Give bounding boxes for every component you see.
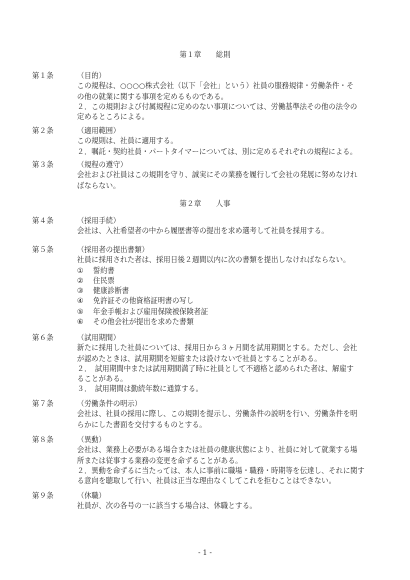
article-label: 第３条 [32, 160, 54, 170]
article-text-line: ２．この規則および付属規程に定めのない事項については、労働基準法その他の法令の [77, 102, 355, 112]
item-text: 誓約書 [93, 266, 115, 275]
article-body: （採用者の提出書類） 社員に採用された者は、採用日後２週間以内に次の書類を提出し… [77, 245, 355, 327]
document-list-item: ④免許証その他資格証明書の写し [77, 296, 355, 306]
article-heading: （異動） [77, 435, 355, 445]
article-label: 第５条 [32, 245, 54, 255]
article-text-line: る意向を聴取して行い、社員は正当な理由なくしてこれを拒むことはできない。 [77, 476, 355, 486]
article-text-line: ２．嘱託・契約社員・パートタイマーについては、別に定めるそれぞれの規程による。 [77, 147, 355, 157]
article-text-line: この規則は、社員に適用する。 [77, 136, 355, 146]
article-body: （採用手続） 会社は、入社希望者の中から履歴書等の提出を求め選考して社員を採用す… [77, 216, 355, 237]
article-label: 第２条 [32, 126, 54, 136]
item-text: その他会社が提出を求めた書類 [93, 317, 194, 326]
article-body: （休職） 社員が、次の各号の一に該当する場合は、休職とする。 [77, 491, 355, 512]
item-number: ① [77, 266, 93, 276]
article-text-line: 会社および社員はこの規則を守り、誠実にその業務を履行して会社の発展に努めなけれ [77, 170, 355, 180]
page-number: - 1 - [0, 548, 410, 558]
document-list-item: ⑤年金手帳および雇用保険被保険者証 [77, 307, 355, 317]
article-text-line: ３． 試用期間は勤続年数に通算する。 [77, 384, 355, 394]
article-heading: （試用期間） [77, 333, 355, 343]
article-heading: （労働条件の明示） [77, 399, 355, 409]
item-text: 住民票 [93, 276, 115, 285]
document-list-item: ⑥その他会社が提出を求めた書類 [77, 317, 355, 327]
article-text-line: 社員が、次の各号の一に該当する場合は、休職とする。 [77, 501, 355, 511]
item-number: ⑤ [77, 307, 93, 317]
document-list-item: ①誓約書 [77, 266, 355, 276]
document-page: 第１章 総則 第１条 （目的） この規程は、○○○○株式会社（以下「会社」という… [0, 0, 410, 580]
article-body: （目的） この規程は、○○○○株式会社（以下「会社」という）社員の服務規律・労働… [77, 71, 355, 122]
article-heading: （採用者の提出書類） [77, 245, 355, 255]
article-text-line: 所または従事する業務の変更を命ずることがある。 [77, 456, 355, 466]
item-text: 健康診断書 [93, 286, 129, 295]
article-heading: （規程の遵守） [77, 160, 355, 170]
chapter-title: 第１章 総則 [0, 50, 410, 60]
article-text-line: 会社は、社員の採用に際し、この規則を提示し、労働条件の説明を行い、労働条件を明 [77, 409, 355, 419]
item-text: 年金手帳および雇用保険被保険者証 [93, 307, 208, 316]
article-text-line: 会社は、業務上必要がある場合または社員の健康状態により、社員に対して就業する場 [77, 445, 355, 455]
article-text-line: らかにした書面を交付するものとする。 [77, 420, 355, 430]
article-label: 第４条 [32, 216, 54, 226]
document-list-item: ③健康診断書 [77, 286, 355, 296]
item-number: ② [77, 276, 93, 286]
article-heading: （休職） [77, 491, 355, 501]
item-number: ④ [77, 296, 93, 306]
article-text-line: ２． 試用期間中または試用期間満了時に社員として不適格と認められた者は、解雇す [77, 364, 355, 374]
article-label: 第１条 [32, 71, 54, 81]
chapter-title: 第２章 人事 [0, 199, 410, 209]
article-label: 第６条 [32, 333, 54, 343]
article-text-line: ２．異動を命ずるに当たっては、本人に事前に職場・職務・時期等を伝達し、それに関す [77, 466, 355, 476]
article-text-line: この規程は、○○○○株式会社（以下「会社」という）社員の服務規律・労働条件・そ [77, 81, 355, 91]
article-label: 第７条 [32, 399, 54, 409]
article-text-line: が認めたときは、試用期間を短縮または設けないで社員とすることがある。 [77, 354, 355, 364]
article-body: （異動） 会社は、業務上必要がある場合または社員の健康状態により、社員に対して就… [77, 435, 355, 486]
article-heading: （採用手続） [77, 216, 355, 226]
article-body: （規程の遵守） 会社および社員はこの規則を守り、誠実にその業務を履行して会社の発… [77, 160, 355, 191]
article-label: 第９条 [32, 491, 54, 501]
item-text: 免許証その他資格証明書の写し [93, 296, 194, 305]
document-list-item: ②住民票 [77, 276, 355, 286]
article-text-line: ることがある。 [77, 374, 355, 384]
article-heading: （適用範囲） [77, 126, 355, 136]
article-text-line: 定めるところによる。 [77, 112, 355, 122]
article-text-line: の他の就業に関する事項を定めるものである。 [77, 92, 355, 102]
item-number: ⑥ [77, 317, 93, 327]
article-text-line: 会社は、入社希望者の中から履歴書等の提出を求め選考して社員を採用する。 [77, 226, 355, 236]
article-label: 第８条 [32, 435, 54, 445]
article-text-line: ばならない。 [77, 181, 355, 191]
item-number: ③ [77, 286, 93, 296]
article-body: （試用期間） 新たに採用した社員については、採用日から３ヶ月間を試用期間とする。… [77, 333, 355, 395]
article-text-line: 社員に採用された者は、採用日後２週間以内に次の書類を提出しなければならない。 [77, 255, 355, 265]
article-body: （適用範囲） この規則は、社員に適用する。 ２．嘱託・契約社員・パートタイマーに… [77, 126, 355, 157]
article-body: （労働条件の明示） 会社は、社員の採用に際し、この規則を提示し、労働条件の説明を… [77, 399, 355, 430]
article-heading: （目的） [77, 71, 355, 81]
article-text-line: 新たに採用した社員については、採用日から３ヶ月間を試用期間とする。ただし、会社 [77, 343, 355, 353]
